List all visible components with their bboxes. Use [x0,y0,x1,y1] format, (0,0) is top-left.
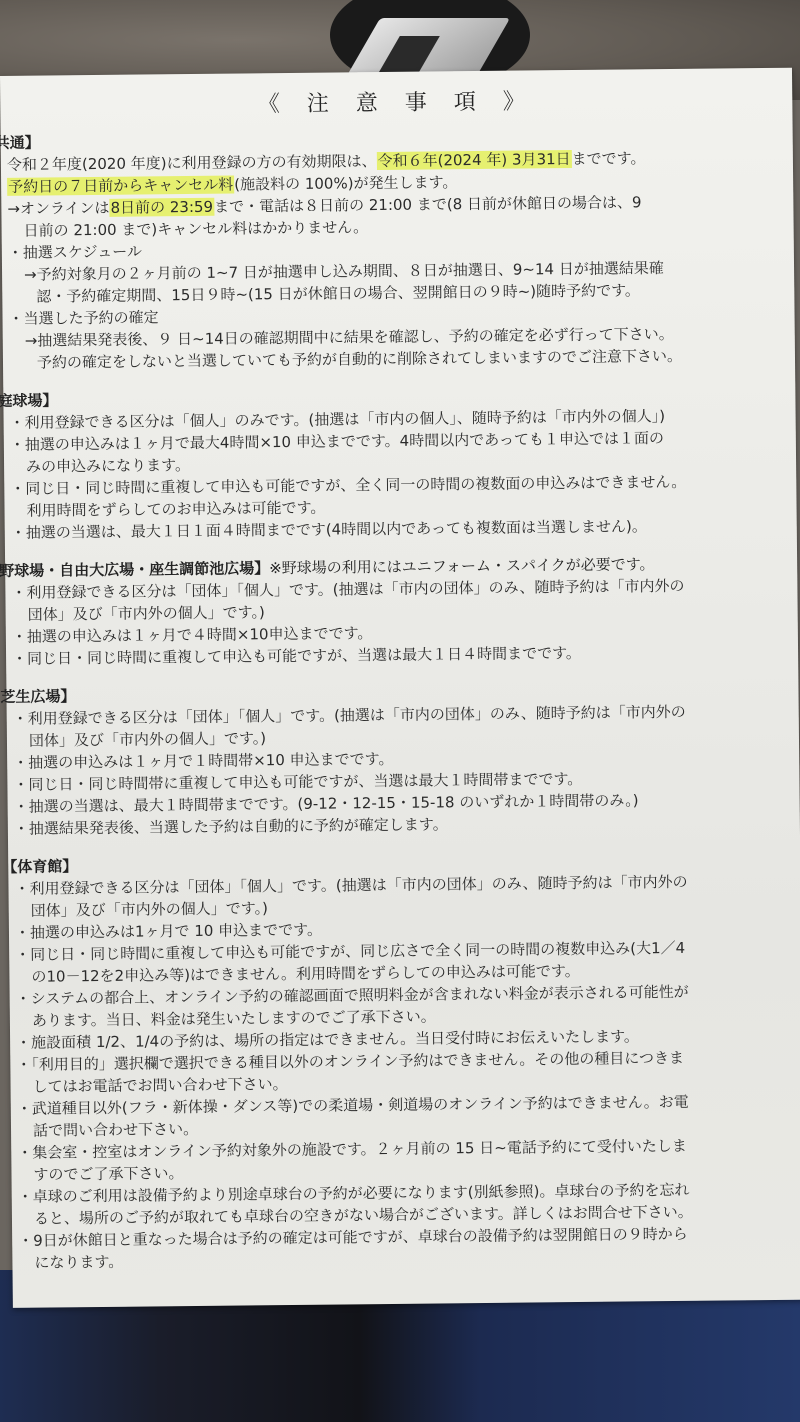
highlighted-text: 8日前の 23:59 [109,198,214,217]
section-common: 共通】 令和２年度(2020 年度)に利用登録の方の有効期限は、令和６年(202… [1,124,795,374]
section-tennis-courts: 庭球場】 ・利用登録できる区分は「個人」のみです。(抽選は「市内の個人」、随時予… [3,382,797,544]
document-content: 共通】 令和２年度(2020 年度)に利用登録の方の有効期限は、令和６年(202… [1,120,800,1274]
highlighted-text: 予約日の７日前からキャンセル料 [7,176,234,196]
section-baseball-fields: 野球場・自由大広場・座生調節池広場】※野球場の利用にはユニフォーム・スパイクが必… [5,552,798,670]
highlighted-text: 令和６年(2024 年) 3月31日 [376,150,571,170]
section-lawn-plaza: 芝生広場】 ・利用登録できる区分は「団体」「個人」です。(抽選は「市内の団体」の… [6,678,800,840]
notice-paper: 《 注 意 事 項 》 共通】 令和２年度(2020 年度)に利用登録の方の有効… [0,68,800,1308]
section-header-note: ※野球場の利用にはユニフォーム・スパイクが必要です。 [269,555,654,577]
document-title: 《 注 意 事 項 》 [0,82,792,121]
section-gymnasium: 【体育館】 ・利用登録できる区分は「団体」「個人」です。(抽選は「市内の団体」の… [8,848,800,1274]
